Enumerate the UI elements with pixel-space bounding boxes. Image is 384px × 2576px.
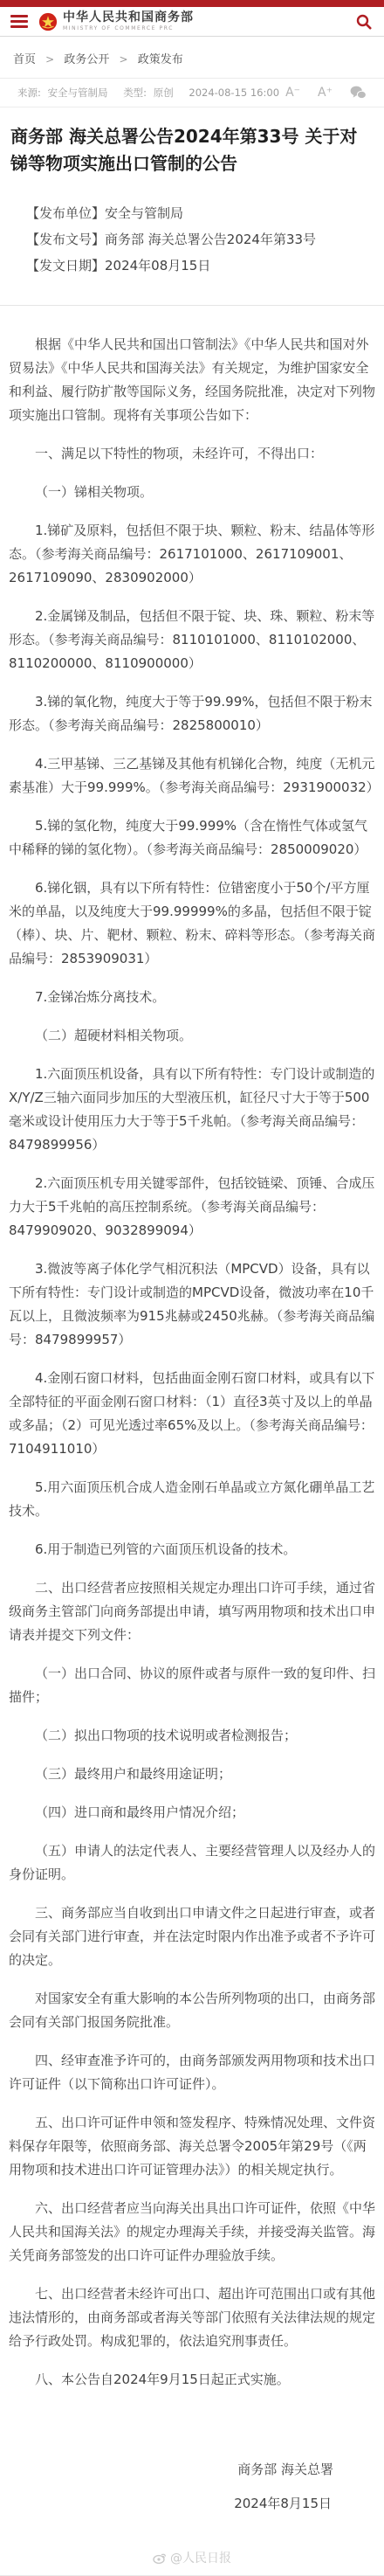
type-value: 原创 (154, 87, 174, 99)
breadcrumb: 首页 > 政务公开 > 政策发布 > (0, 37, 384, 79)
article-paragraph: 根据《中华人民共和国出口管制法》《中华人民共和国对外贸易法》《中华人民共和国海关… (9, 333, 375, 427)
article-paragraph: 4.三甲基锑、三乙基锑及其他有机锑化合物，纯度（无机元素基准）大于99.999%… (9, 752, 375, 800)
watermark: @人民日报 (0, 2549, 384, 2576)
type-label: 类型: (123, 87, 147, 99)
article-meta-actions: A⁻ A⁺ (285, 86, 367, 100)
page: 中华人民共和国商务部 MINISTRY OF COMMERCE PRC 首页 >… (0, 0, 384, 2576)
article-paragraph: 七、出口经营者未经许可出口、超出许可范围出口或有其他违法情形的，由商务部或者海关… (9, 2282, 375, 2353)
article-paragraph: 一、满足以下特性的物项，未经许可，不得出口： (9, 442, 375, 466)
article-paragraph: （三）最终用户和最终用途证明； (9, 1762, 375, 1786)
breadcrumb-item: 首页 > (13, 53, 64, 66)
article-paragraph: 五、出口许可证件申领和签发程序、特殊情况处理、文件资料保存年限等，依照商务部、海… (9, 2111, 375, 2182)
article-paragraph: （二）超硬材料相关物项。 (9, 1024, 375, 1048)
article-paragraph: 1.锑矿及原料，包括但不限于块、颗粒、粉末、结晶体等形态。（参考海关商品编号：2… (9, 519, 375, 590)
source-label: 来源: (17, 87, 41, 99)
breadcrumb-link[interactable]: 政务公开 (64, 53, 109, 66)
font-increase-button[interactable]: A⁺ (318, 86, 333, 100)
article-paragraph: 二、出口经营者应按照相关规定办理出口许可手续，通过省级商务主管部门向商务部提出申… (9, 1576, 375, 1647)
breadcrumb-separator: > (45, 53, 54, 66)
breadcrumb-item: 政策发布 > (138, 53, 183, 66)
article-paragraph: 6.锑化铟，具有以下所有特性：位错密度小于50个/平方厘米的单晶，以及纯度大于9… (9, 876, 375, 971)
breadcrumb-separator: > (120, 53, 128, 66)
article-paragraph: 3.锑的氧化物，纯度大于等于99.99%，包括但不限于粉末形态。（参考海关商品编… (9, 690, 375, 737)
site-header: 中华人民共和国商务部 MINISTRY OF COMMERCE PRC (0, 7, 384, 37)
signature: 商务部 海关总署 (0, 2460, 384, 2478)
article-paragraph: 对国家安全有重大影响的本公告所列物项的出口，由商务部会同有关部门报国务院批准。 (9, 1987, 375, 2034)
brand-subtitle: MINISTRY OF COMMERCE PRC (63, 25, 194, 32)
signature-date: 2024年8月15日 (0, 2494, 384, 2512)
share-button[interactable] (350, 86, 367, 100)
top-red-bar (0, 0, 384, 7)
breadcrumb-link[interactable]: 首页 (13, 53, 36, 66)
article-paragraph: 5.锑的氢化物，纯度大于99.999%（含在惰性气体或氢气中稀释的锑的氢化物）。… (9, 814, 375, 862)
article-paragraph: 八、本公告自2024年9月15日起正式实施。 (9, 2368, 375, 2392)
watermark-text: @人民日报 (170, 2549, 231, 2566)
publish-datetime: 2024-08-15 16:00 (189, 87, 279, 99)
article-body: 根据《中华人民共和国出口管制法》《中华人民共和国对外贸易法》《中华人民共和国海关… (0, 306, 384, 2392)
article-paragraph: 7.金锑冶炼分离技术。 (9, 986, 375, 1009)
article-meta-bar: 来源: 安全与管制局 类型: 原创 2024-08-15 16:00 A⁻ A⁺ (0, 79, 384, 107)
article-info-line: 【发布单位】安全与管制局 (0, 200, 384, 226)
source-value: 安全与管制局 (48, 87, 108, 99)
article-paragraph: （四）进口商和最终用户情况介绍； (9, 1801, 375, 1825)
article-paragraph: （一）锑相关物项。 (9, 481, 375, 504)
article-paragraph: 5.用六面顶压机合成人造金刚石单晶或立方氮化硼单晶工艺技术。 (9, 1476, 375, 1523)
menu-button[interactable] (10, 15, 28, 28)
article-paragraph: （二）拟出口物项的技术说明或者检测报告； (9, 1724, 375, 1748)
article-paragraph: 六、出口经营者应当向海关出具出口许可证件，依照《中华人民共和国海关法》的规定办理… (9, 2197, 375, 2268)
brand-logo[interactable]: 中华人民共和国商务部 MINISTRY OF COMMERCE PRC (38, 11, 194, 32)
breadcrumb-item: 政务公开 > (64, 53, 137, 66)
wechat-share-icon (350, 86, 367, 100)
article-paragraph: 2.六面顶压机专用关键零部件，包括铰链梁、顶锤、合成压力大于5千兆帕的高压控制系… (9, 1172, 375, 1243)
article-paragraph: （一）出口合同、协议的原件或者与原件一致的复印件、扫描件； (9, 1662, 375, 1709)
article-meta-info: 来源: 安全与管制局 类型: 原创 2024-08-15 16:00 (17, 86, 283, 100)
article-paragraph: 6.用于制造已列管的六面顶压机设备的技术。 (9, 1538, 375, 1562)
article-paragraph: 2.金属锑及制品，包括但不限于锭、块、珠、颗粒、粉末等形态。（参考海关商品编号：… (9, 605, 375, 675)
article-info-line: 【发文日期】2024年08月15日 (0, 253, 384, 279)
article-paragraph: 1.六面顶压机设备，具有以下所有特性：专门设计或制造的X/Y/Z三轴六面同步加压… (9, 1063, 375, 1157)
article-info-line: 【发布文号】商务部 海关总署公告2024年第33号 (0, 226, 384, 253)
article-title: 商务部 海关总署公告2024年第33号 关于对锑等物项实施出口管制的公告 (0, 123, 384, 177)
brand-title: 中华人民共和国商务部 (63, 11, 194, 24)
font-decrease-button[interactable]: A⁻ (285, 86, 300, 100)
article: 商务部 海关总署公告2024年第33号 关于对锑等物项实施出口管制的公告 【发布… (0, 123, 384, 2512)
article-paragraph: 四、经审查准予许可的，由商务部颁发两用物项和技术出口许可证件（以下简称出口许可证… (9, 2049, 375, 2096)
article-paragraph: 4.金刚石窗口材料，包括曲面金刚石窗口材料，或具有以下全部特征的平面金刚石窗口材… (9, 1367, 375, 1461)
weibo-icon (153, 2552, 167, 2564)
article-paragraph: 三、商务部应当自收到出口申请文件之日起进行审查，或者会同有关部门进行审查，并在法… (9, 1901, 375, 1972)
breadcrumb-link[interactable]: 政策发布 (138, 53, 183, 66)
brand-text: 中华人民共和国商务部 MINISTRY OF COMMERCE PRC (63, 11, 194, 32)
search-button[interactable] (354, 12, 374, 31)
hamburger-icon (10, 15, 28, 17)
article-info-block: 【发布单位】安全与管制局【发布文号】商务部 海关总署公告2024年第33号【发文… (0, 200, 384, 279)
article-paragraph: 3.微波等离子体化学气相沉积法（MPCVD）设备，具有以下所有特性：专门设计或制… (9, 1257, 375, 1352)
article-paragraph: （五）申请人的法定代表人、主要经营管理人以及经办人的身份证明。 (9, 1839, 375, 1887)
national-emblem-icon (38, 12, 58, 31)
search-icon (356, 14, 372, 30)
